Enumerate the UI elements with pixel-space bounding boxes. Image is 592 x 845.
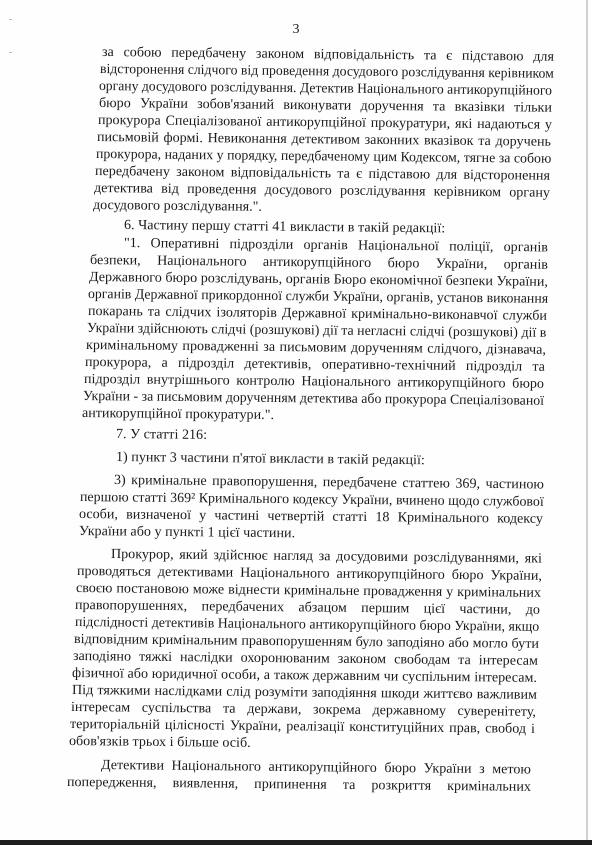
text-line: антикорупційної прокуратури.". xyxy=(82,405,274,424)
text-line: України або у пункті 1 цієї частини. xyxy=(79,523,295,542)
page-right-edge xyxy=(586,0,588,840)
scan-speck xyxy=(9,52,12,53)
scan-bottom-border xyxy=(0,840,592,845)
text-line: 6. Частину першу статті 41 викласти в та… xyxy=(124,217,445,237)
text-line: досудового розслідування.". xyxy=(93,197,262,216)
text-line: 7. У статті 216: xyxy=(116,426,207,444)
scan-speck xyxy=(9,19,12,20)
text-line: 1) пункт 3 частини п'ятої викласти в так… xyxy=(116,449,425,469)
text-line: попередження, виявлення, припинення та р… xyxy=(67,774,531,796)
page-number: 3 xyxy=(0,22,592,38)
document-page: 3 за собою передбачену законом відповіда… xyxy=(0,0,592,840)
text-line: обов'язків трьох і більше осіб. xyxy=(69,733,251,752)
